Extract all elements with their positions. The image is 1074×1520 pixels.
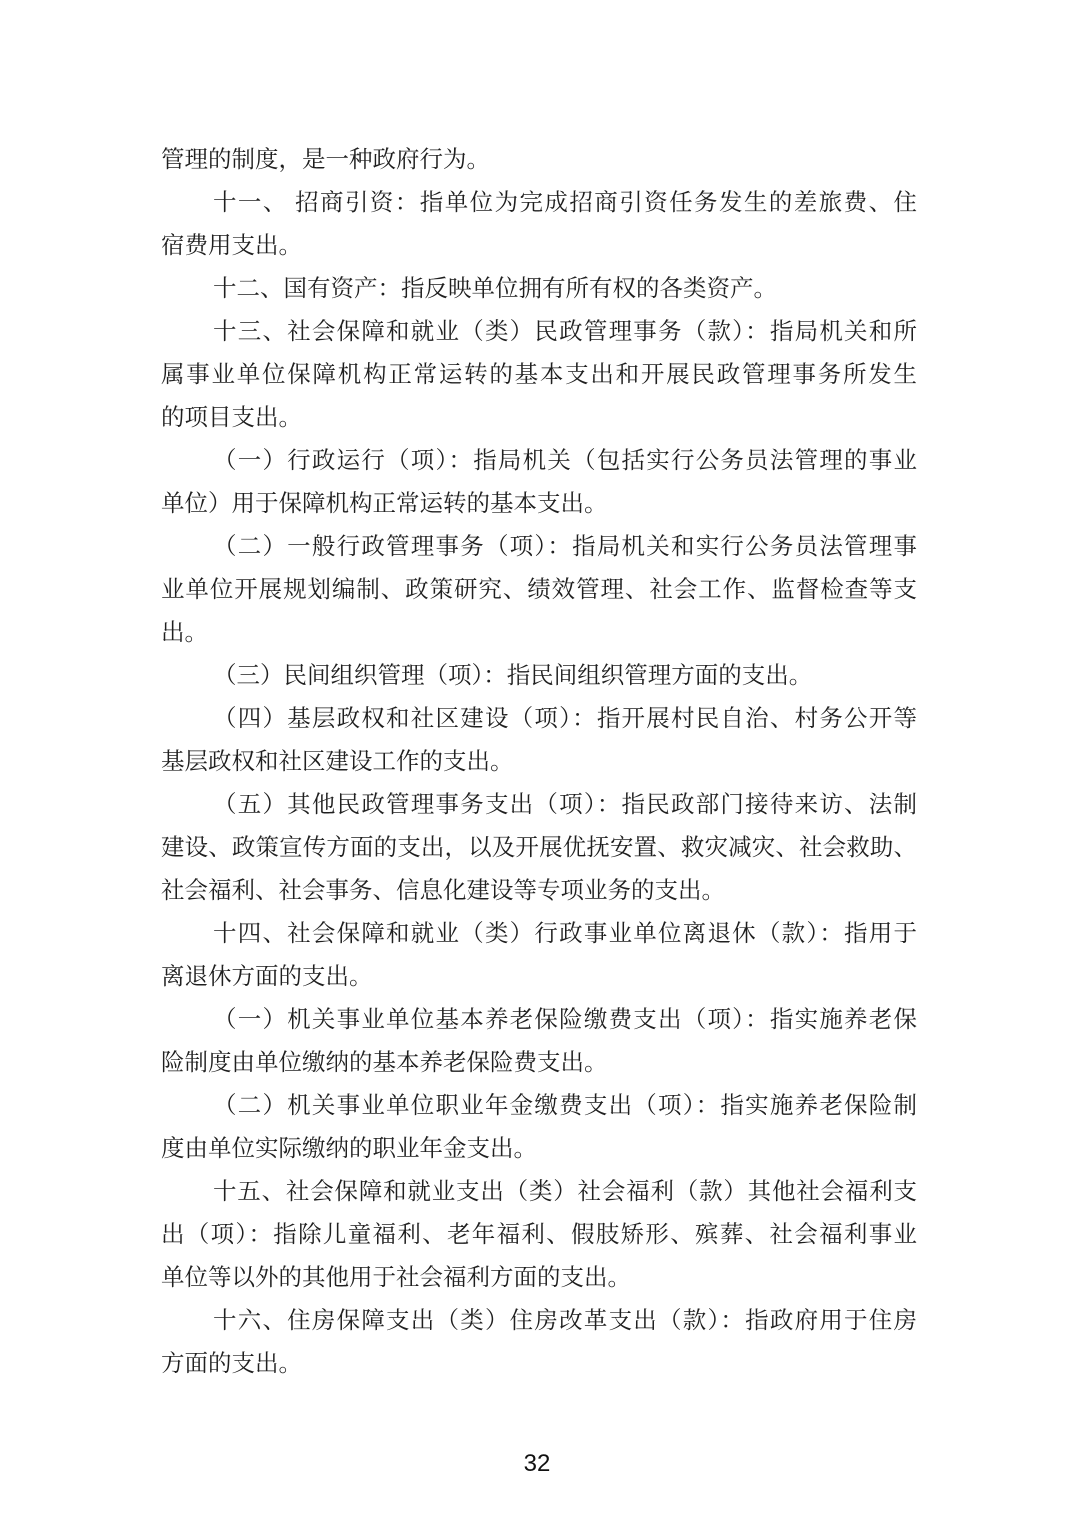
page-footer: 32 xyxy=(0,1450,1074,1478)
text-line: 基层政权和社区建设工作的支出。 xyxy=(161,741,917,784)
text-line: （一）机关事业单位基本养老保险缴费支出（项）：指实施养老保 xyxy=(161,999,917,1042)
text-line: 业单位开展规划编制、政策研究、绩效管理、社会工作、监督检查等支 xyxy=(161,569,917,612)
text-line: 社会福利、社会事务、信息化建设等专项业务的支出。 xyxy=(161,870,917,913)
page-number: 32 xyxy=(524,1450,551,1477)
text-line: 单位）用于保障机构正常运转的基本支出。 xyxy=(161,483,917,526)
document-body: 管理的制度，是一种政府行为。十一、 招商引资：指单位为完成招商引资任务发生的差旅… xyxy=(161,139,917,1386)
text-line: 离退休方面的支出。 xyxy=(161,956,917,999)
text-line: 十四、社会保障和就业（类）行政事业单位离退休（款）：指用于 xyxy=(161,913,917,956)
text-line: 十一、 招商引资：指单位为完成招商引资任务发生的差旅费、住 xyxy=(161,182,917,225)
text-line: 十三、社会保障和就业（类）民政管理事务（款）：指局机关和所 xyxy=(161,311,917,354)
text-line: 十五、社会保障和就业支出（类）社会福利（款）其他社会福利支 xyxy=(161,1171,917,1214)
text-line: 度由单位实际缴纳的职业年金支出。 xyxy=(161,1128,917,1171)
text-line: 建设、政策宣传方面的支出，以及开展优抚安置、救灾减灾、社会救助、 xyxy=(161,827,917,870)
text-line: 十二、国有资产：指反映单位拥有所有权的各类资产。 xyxy=(161,268,917,311)
text-line: （二）一般行政管理事务（项）：指局机关和实行公务员法管理事 xyxy=(161,526,917,569)
text-line: 十六、住房保障支出（类）住房改革支出（款）：指政府用于住房 xyxy=(161,1300,917,1343)
text-line: 出。 xyxy=(161,612,917,655)
text-line: 险制度由单位缴纳的基本养老保险费支出。 xyxy=(161,1042,917,1085)
text-line: 管理的制度，是一种政府行为。 xyxy=(161,139,917,182)
text-line: 宿费用支出。 xyxy=(161,225,917,268)
document-page: 管理的制度，是一种政府行为。十一、 招商引资：指单位为完成招商引资任务发生的差旅… xyxy=(0,0,1074,1520)
text-line: （四）基层政权和社区建设（项）：指开展村民自治、村务公开等 xyxy=(161,698,917,741)
text-line: 出（项）：指除儿童福利、老年福利、假肢矫形、殡葬、社会福利事业 xyxy=(161,1214,917,1257)
text-line: （二）机关事业单位职业年金缴费支出（项）：指实施养老保险制 xyxy=(161,1085,917,1128)
text-line: 的项目支出。 xyxy=(161,397,917,440)
text-line: 方面的支出。 xyxy=(161,1343,917,1386)
text-line: 单位等以外的其他用于社会福利方面的支出。 xyxy=(161,1257,917,1300)
text-line: （五）其他民政管理事务支出（项）：指民政部门接待来访、法制 xyxy=(161,784,917,827)
text-line: （一）行政运行（项）：指局机关（包括实行公务员法管理的事业 xyxy=(161,440,917,483)
text-line: 属事业单位保障机构正常运转的基本支出和开展民政管理事务所发生 xyxy=(161,354,917,397)
text-line: （三）民间组织管理（项）：指民间组织管理方面的支出。 xyxy=(161,655,917,698)
